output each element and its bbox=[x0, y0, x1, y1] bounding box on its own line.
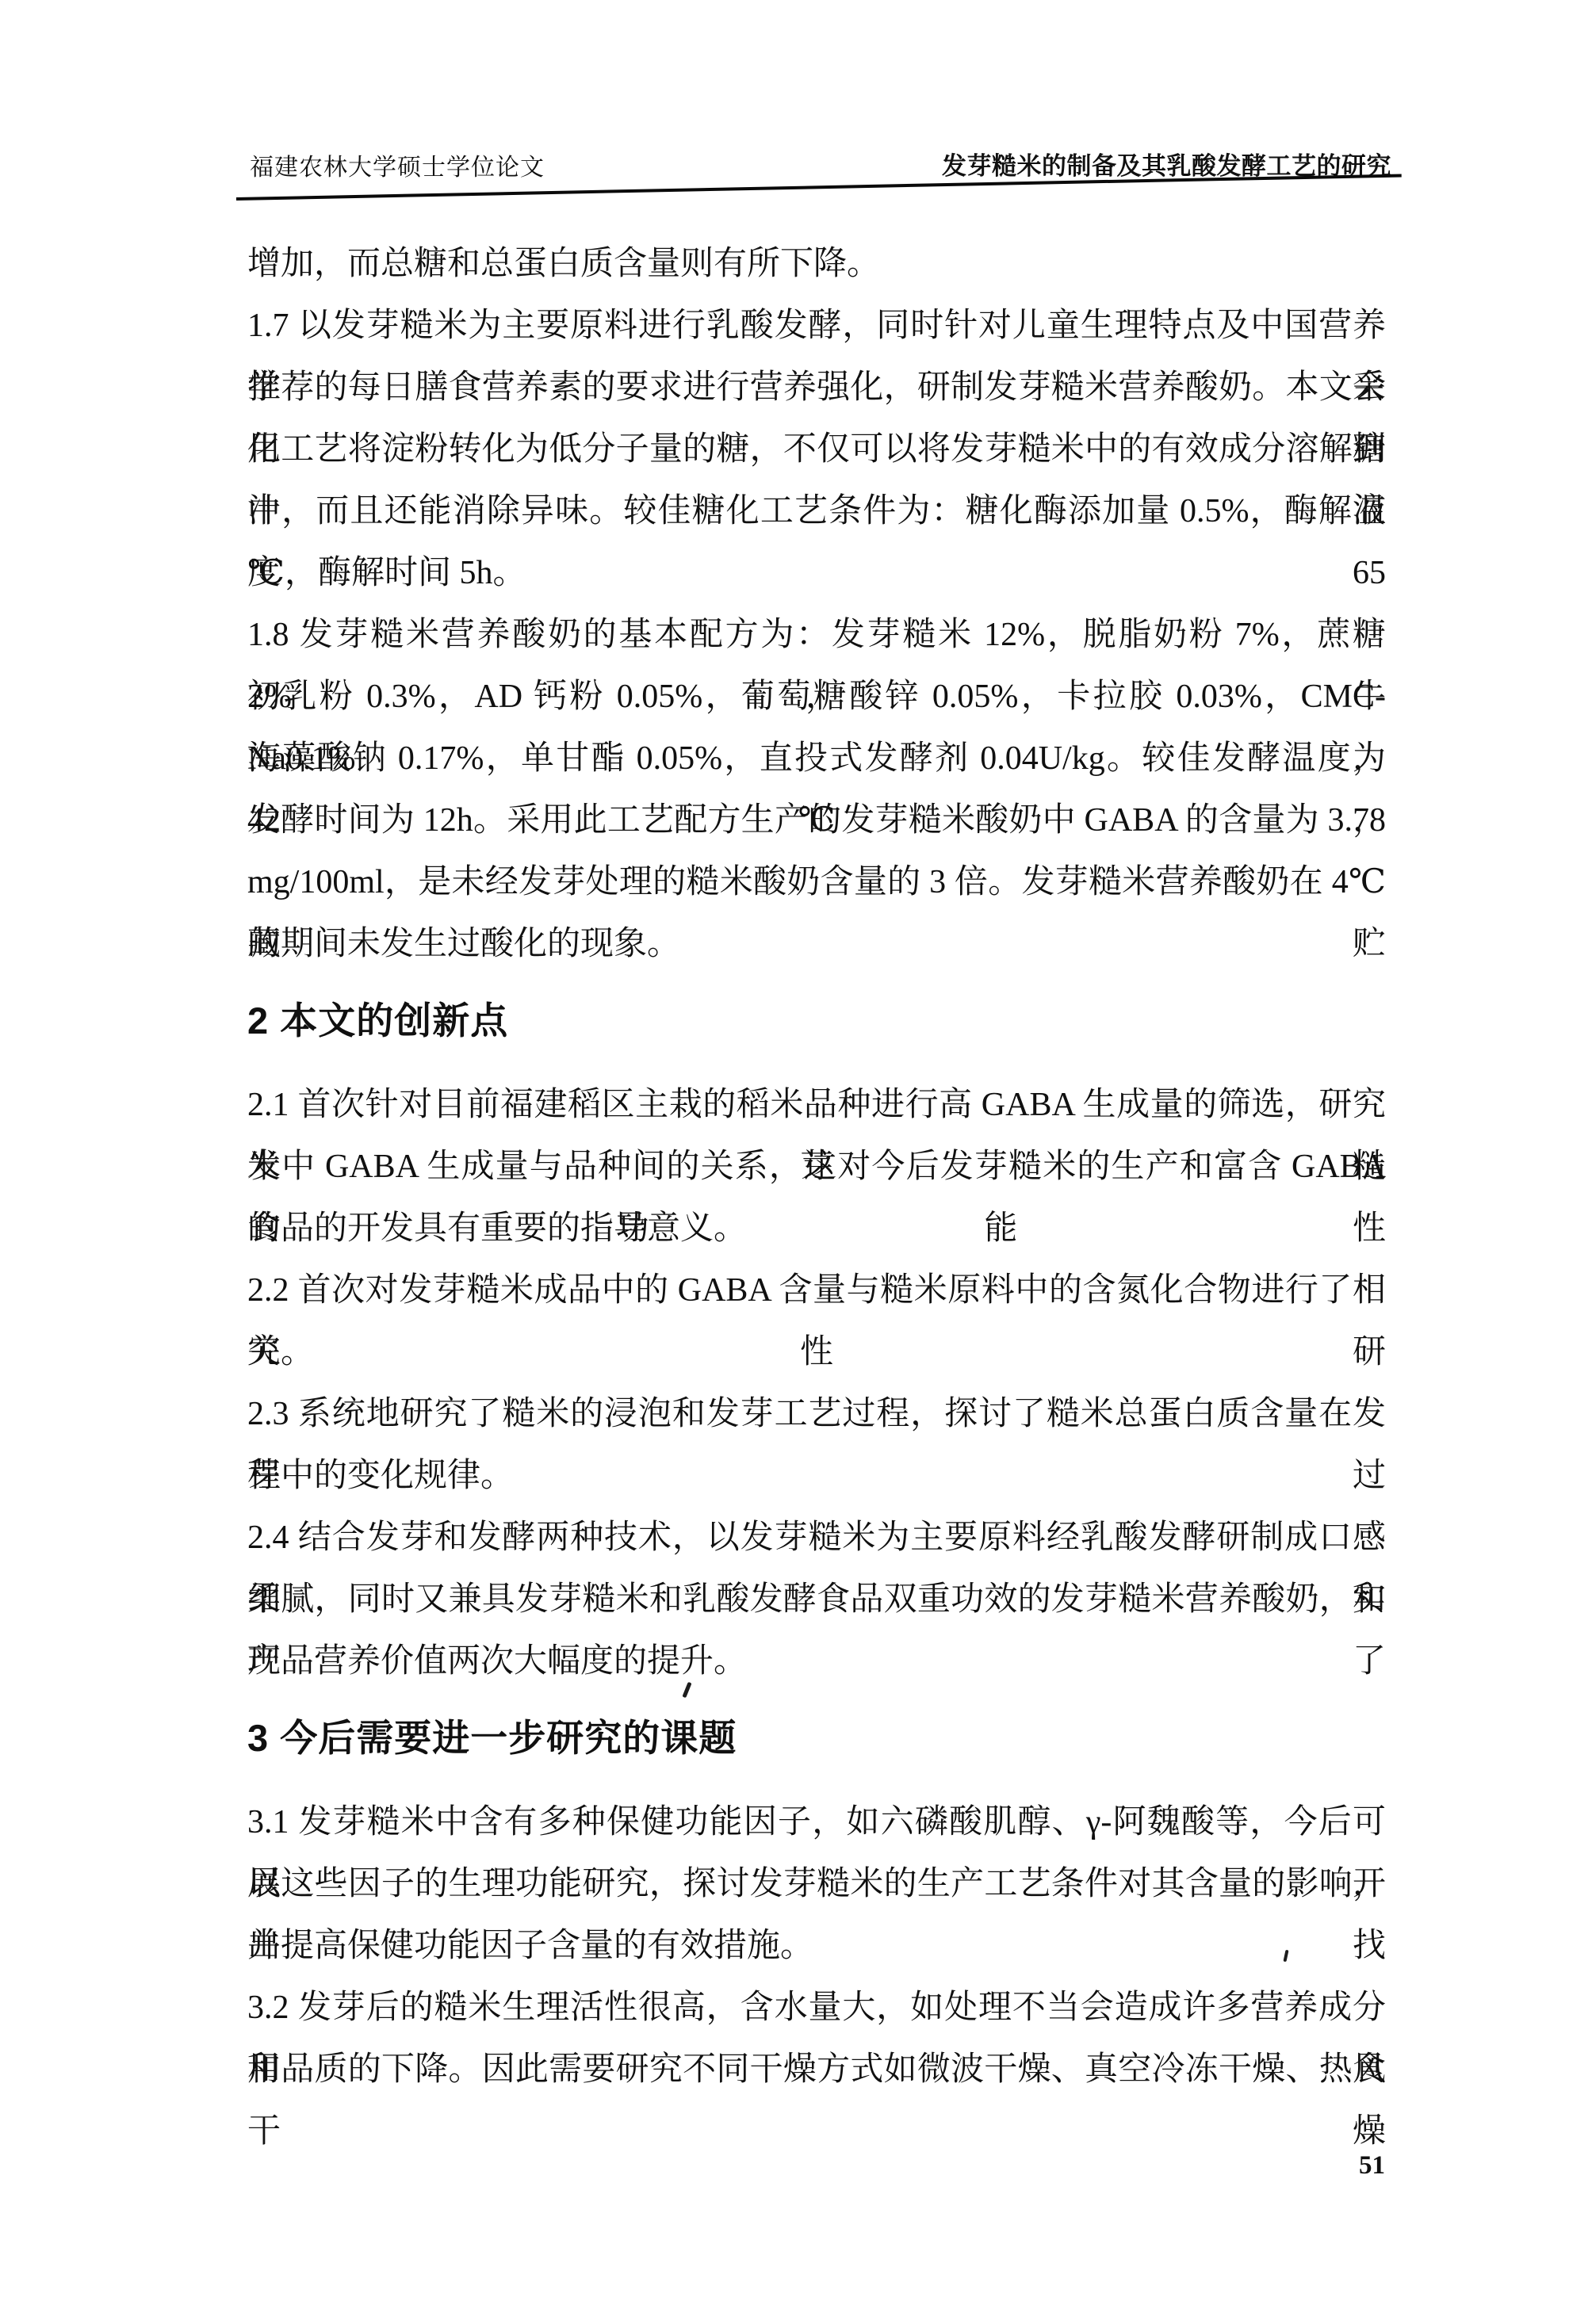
paragraph: 3.1 发芽糙米中含有多种保健功能因子，如六磷酸肌醇、γ-阿魏酸等，今后可以开展… bbox=[247, 1791, 1386, 1977]
body-line: 展这些因子的生理功能研究，探讨发芽糙米的生产工艺条件对其含量的影响，并找 bbox=[247, 1853, 1386, 1915]
body-line: 2.2 首次对发芽糙米成品中的 GABA 含量与糙米原料中的含氮化合物进行了相关… bbox=[247, 1259, 1386, 1321]
body-text: 增加，而总糖和总蛋白质含量则有所下降。1.7 以发芽糙米为主要原料进行乳酸发酵，… bbox=[247, 233, 1386, 2100]
paragraph: 1.7 以发芽糙米为主要原料进行乳酸发酵，同时针对儿童生理特点及中国营养学会推荐… bbox=[247, 295, 1386, 604]
body-line: 1.8 发芽糙米营养酸奶的基本配方为：发芽糙米 12%，脱脂奶粉 7%，蔗糖 2… bbox=[247, 604, 1386, 666]
thesis-page: 福建农林大学硕士学位论文 发芽糙米的制备及其乳酸发酵工艺的研究 增加，而总糖和总… bbox=[0, 0, 1592, 2324]
body-line: 2.3 系统地研究了糙米的浸泡和发芽工艺过程，探讨了糙米总蛋白质含量在发芽过 bbox=[247, 1383, 1386, 1445]
body-line: 化工艺将淀粉转化为低分子量的糖，不仅可以将发芽糙米中的有效成分溶解到汁液 bbox=[247, 419, 1386, 480]
body-line: 用品质的下降。因此需要研究不同干燥方式如微波干燥、真空冷冻干燥、热风干燥 bbox=[247, 2039, 1386, 2100]
paragraph: 3.2 发芽后的糙米生理活性很高，含水量大，如处理不当会造成许多营养成分和食用品… bbox=[247, 1977, 1386, 2100]
paragraph: 2.2 首次对发芽糙米成品中的 GABA 含量与糙米原料中的含氮化合物进行了相关… bbox=[247, 1259, 1386, 1383]
body-line: 海藻酸钠 0.17%，单甘酯 0.05%，直投式发酵剂 0.04U/kg。较佳发… bbox=[247, 728, 1386, 789]
body-line: 推荐的每日膳食营养素的要求进行营养强化，研制发芽糙米营养酸奶。本文采用糖 bbox=[247, 357, 1386, 419]
body-line: 1.7 以发芽糙米为主要原料进行乳酸发酵，同时针对儿童生理特点及中国营养学会 bbox=[247, 295, 1386, 357]
paragraph: 增加，而总糖和总蛋白质含量则有所下降。 bbox=[247, 233, 1386, 295]
body-line: 细腻，同时又兼具发芽糙米和乳酸发酵食品双重功效的发芽糙米营养酸奶，实现了 bbox=[247, 1569, 1386, 1630]
body-line: 发酵时间为 12h。采用此工艺配方生产的发芽糙米酸奶中 GABA 的含量为 3.… bbox=[247, 789, 1386, 851]
header-left-title: 福建农林大学硕士学位论文 bbox=[250, 147, 545, 182]
body-line: 2.1 首次针对目前福建稻区主栽的稻米品种进行高 GABA 生成量的筛选，研究发… bbox=[247, 1074, 1386, 1136]
body-line: 中，而且还能消除异味。较佳糖化工艺条件为：糖化酶添加量 0.5%，酶解温度 65 bbox=[247, 480, 1386, 542]
body-line: 增加，而总糖和总蛋白质含量则有所下降。 bbox=[247, 233, 1386, 295]
body-line: 2.4 结合发芽和发酵两种技术，以发芽糙米为主要原料经乳酸发酵研制成口感柔和 bbox=[247, 1507, 1386, 1569]
paragraph: 2.4 结合发芽和发酵两种技术，以发芽糙米为主要原料经乳酸发酵研制成口感柔和细腻… bbox=[247, 1507, 1386, 1692]
paragraph: 2.1 首次针对目前福建稻区主栽的稻米品种进行高 GABA 生成量的筛选，研究发… bbox=[247, 1074, 1386, 1259]
page-number: 51 bbox=[1359, 2151, 1385, 2181]
body-line: 米中 GABA 生成量与品种间的关系，这对今后发芽糙米的生产和富含 GABA 的… bbox=[247, 1136, 1386, 1198]
body-line: 初乳粉 0.3%，AD 钙粉 0.05%，葡萄糖酸锌 0.05%，卡拉胶 0.0… bbox=[247, 666, 1386, 728]
paragraph: 1.8 发芽糙米营养酸奶的基本配方为：发芽糙米 12%，脱脂奶粉 7%，蔗糖 2… bbox=[247, 604, 1386, 975]
section-heading: 2 本文的创新点 bbox=[247, 984, 1386, 1057]
body-line: mg/100ml，是未经发芽处理的糙米酸奶含量的 3 倍。发芽糙米营养酸奶在 4… bbox=[247, 851, 1386, 913]
body-line: 3.2 发芽后的糙米生理活性很高，含水量大，如处理不当会造成许多营养成分和食 bbox=[247, 1977, 1386, 2039]
paragraph: 2.3 系统地研究了糙米的浸泡和发芽工艺过程，探讨了糙米总蛋白质含量在发芽过程中… bbox=[247, 1383, 1386, 1507]
section-heading: 3 今后需要进一步研究的课题 bbox=[247, 1702, 1386, 1775]
body-line: 3.1 发芽糙米中含有多种保健功能因子，如六磷酸肌醇、γ-阿魏酸等，今后可以开 bbox=[247, 1791, 1386, 1853]
